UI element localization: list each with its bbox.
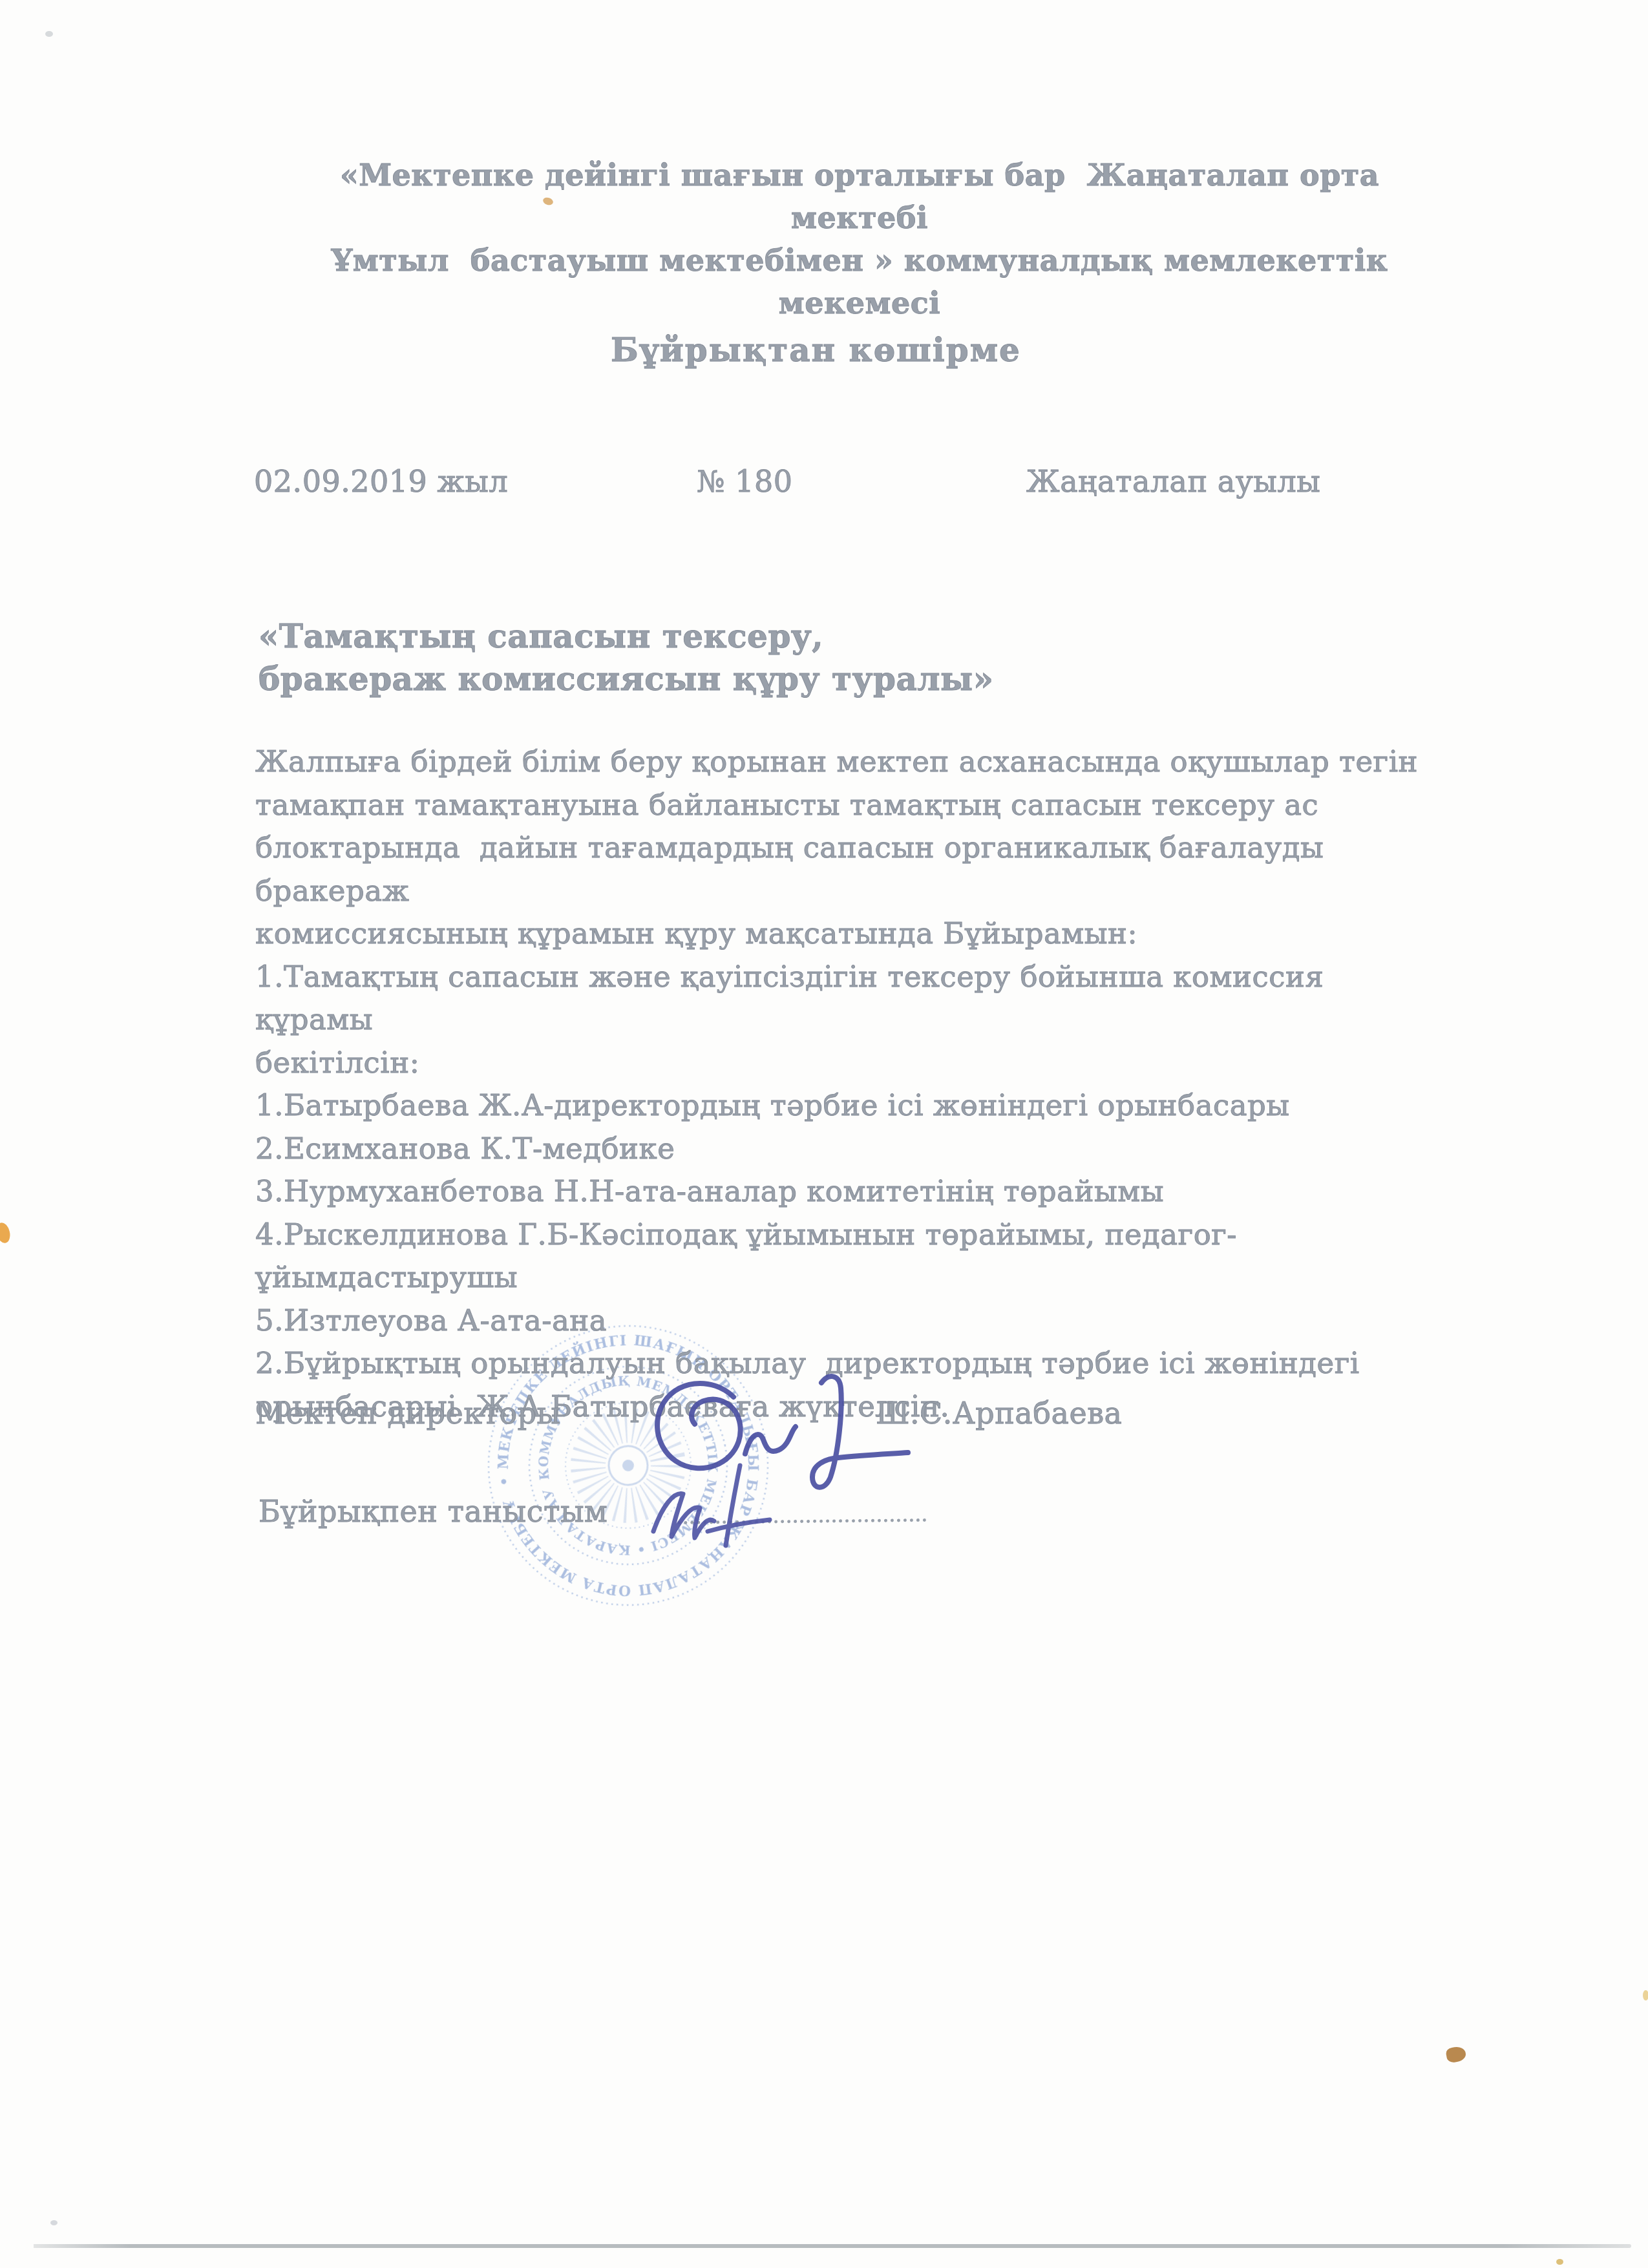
paper-speck: [1643, 1990, 1648, 2000]
acknowledgement-label: Бұйрықпен таныстым: [259, 1494, 607, 1529]
paper-speck: [0, 1221, 12, 1244]
order-subject: «Тамақтың сапасын тексеру, бракераж коми…: [259, 615, 993, 700]
paper-speck: [1556, 2259, 1563, 2265]
letterhead-organization-name: «Мектепке дейінгі шағын орталығы бар Жаң…: [278, 154, 1441, 324]
paper-speck: [50, 2220, 58, 2225]
order-number: № 180: [697, 464, 792, 499]
director-label: Мектеп директоры: [255, 1396, 561, 1431]
acknowledgement-signature-ink: [643, 1455, 798, 1559]
paper-bottom-edge: [34, 2244, 1631, 2248]
paper-stain: [1445, 2046, 1467, 2064]
stamp-emblem-center: [621, 1458, 635, 1472]
document-title: Бұйрықтан көшірме: [611, 331, 1021, 369]
order-body-text: Жалпыға бірдей білім беру қорынан мектеп…: [255, 740, 1419, 1428]
paper-speck: [45, 31, 53, 37]
order-place: Жаңаталап ауылы: [1026, 464, 1320, 499]
scanned-order-document: «Мектепке дейінгі шағын орталығы бар Жаң…: [0, 0, 1648, 2268]
order-date: 02.09.2019 жыл: [254, 464, 508, 499]
